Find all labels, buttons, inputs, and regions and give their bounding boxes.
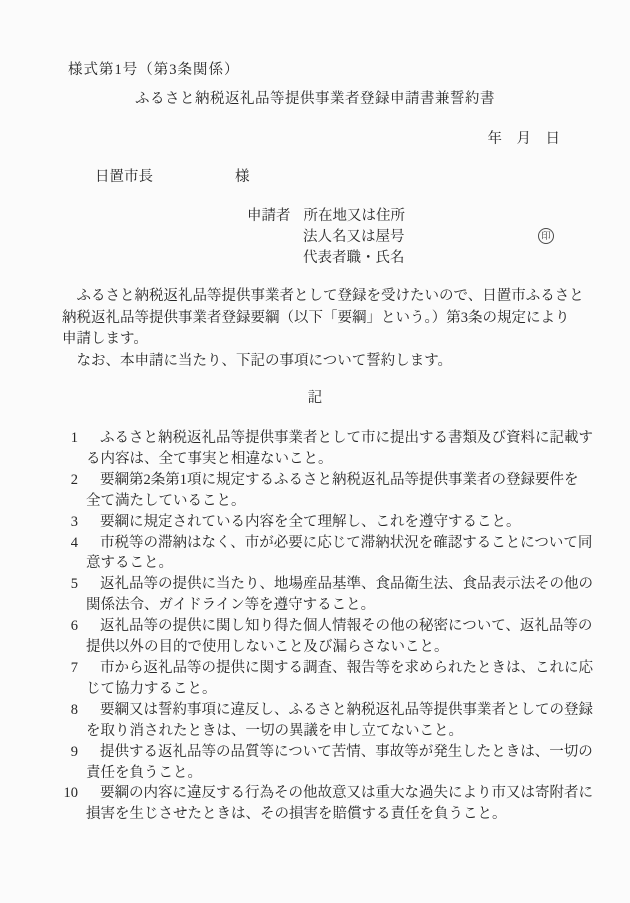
pledge-item-text-continued: 全て満たしていること。: [0, 491, 630, 512]
pledge-item: 4市税等の滞納はなく、市が必要に応じて滞納状況を確認することについて同 意するこ…: [0, 533, 630, 575]
pledge-item-text-continued: じて協力すること。: [0, 679, 630, 700]
pledge-item-text: 市税等の滞納はなく、市が必要に応じて滞納状況を確認することについて同: [100, 535, 592, 551]
pledge-item: 8要綱又は誓約事項に違反し、ふるさと納税返礼品等提供事業者としての登録 を取り消…: [0, 700, 630, 742]
body-paragraph: ふるさと納税返礼品等提供事業者として登録を受けたいので、日置市ふるさと 納税返礼…: [62, 286, 580, 372]
applicant-row-company-name: 法人名又は屋号: [247, 227, 405, 248]
document-title: ふるさと納税返礼品等提供事業者登録申請書兼誓約書: [0, 87, 630, 108]
pledge-item: 5返礼品等の提供に当たり、地場産品基準、食品衛生法、食品表示法その他の 関係法令…: [0, 574, 630, 616]
applicant-label: 申請者: [247, 208, 291, 224]
pledge-item-text-continued: を取り消されたときは、一切の異議を申し立てないこと。: [0, 721, 630, 742]
body-line: ふるさと納税返礼品等提供事業者として登録を受けたいので、日置市ふるさと: [62, 286, 580, 308]
pledge-item: 6返礼品等の提供に関し知り得た個人情報その他の秘密について、返礼品等の 提供以外…: [0, 616, 630, 658]
applicant-row-address: 申請者所在地又は住所: [247, 206, 405, 227]
pledge-item-number: 5: [62, 574, 78, 595]
body-line: なお、本申請に当たり、下記の事項について誓約します。: [62, 351, 580, 373]
pledge-item-text: 要綱又は誓約事項に違反し、ふるさと納税返礼品等提供事業者としての登録: [100, 702, 593, 718]
pledge-item-text: 提供する返礼品等の品質等について苦情、事故等が発生したときは、一切の: [100, 744, 593, 760]
pledge-item-number: 3: [62, 512, 78, 533]
form-number: 様式第1号（第3条関係）: [68, 58, 240, 79]
applicant-row-representative: 代表者職・氏名: [247, 248, 405, 269]
pledge-item-number: 4: [62, 533, 78, 554]
pledge-item-text-continued: 意すること。: [0, 553, 630, 574]
pledge-item-text-continued: 責任を負うこと。: [0, 763, 630, 784]
pledge-item-text: 要綱に規定されている内容を全て理解し、これを遵守すること。: [100, 514, 521, 530]
pledge-item: 7市から返礼品等の提供に関する調査、報告等を求められたときは、これに応 じて協力…: [0, 658, 630, 700]
pledge-list: 1ふるさと納税返礼品等提供事業者として市に提出する書類及び資料に記載す る内容は…: [0, 428, 630, 825]
pledge-item-text: 市から返礼品等の提供に関する調査、報告等を求められたときは、これに応: [100, 660, 593, 676]
pledge-item-text: ふるさと納税返礼品等提供事業者として市に提出する書類及び資料に記載す: [100, 430, 593, 446]
pledge-item-number: 1: [62, 428, 78, 449]
body-line: 申請します。: [62, 329, 580, 351]
applicant-field-company-name: 法人名又は屋号: [303, 229, 405, 245]
pledge-item-text-continued: 損害を生じさせたときは、その損害を賠償する責任を負うこと。: [0, 804, 630, 825]
pledge-item-number: 8: [62, 700, 78, 721]
addressee-row: 日置市長様: [95, 165, 250, 186]
seal-mark-icon: 印: [538, 228, 554, 244]
pledge-item-text-continued: 関係法令、ガイドライン等を遵守すること。: [0, 595, 630, 616]
ki-heading: 記: [0, 386, 630, 407]
document-page: 様式第1号（第3条関係） ふるさと納税返礼品等提供事業者登録申請書兼誓約書 年 …: [0, 0, 630, 903]
body-line: 納税返礼品等提供事業者登録要綱（以下「要綱」という。）第3条の規定により: [62, 308, 580, 330]
pledge-item-text-continued: 提供以外の目的で使用しないこと及び漏らさないこと。: [0, 637, 630, 658]
pledge-item: 9提供する返礼品等の品質等について苦情、事故等が発生したときは、一切の 責任を負…: [0, 742, 630, 784]
applicant-block: 申請者所在地又は住所 法人名又は屋号 代表者職・氏名: [247, 206, 405, 269]
pledge-item-number: 7: [62, 658, 78, 679]
pledge-item-text: 要綱第2条第1項に規定するふるさと納税返礼品等提供事業者の登録要件を: [100, 472, 579, 488]
date-line: 年 月 日: [488, 127, 561, 148]
pledge-item-text-continued: る内容は、全て事実と相違ないこと。: [0, 449, 630, 470]
applicant-field-address: 所在地又は住所: [304, 208, 406, 224]
addressee-honorific: 様: [235, 169, 250, 185]
pledge-item: 2要綱第2条第1項に規定するふるさと納税返礼品等提供事業者の登録要件を 全て満た…: [0, 470, 630, 512]
pledge-item-number: 10: [62, 783, 78, 804]
applicant-field-representative: 代表者職・氏名: [303, 250, 405, 266]
pledge-item-text: 返礼品等の提供に当たり、地場産品基準、食品衛生法、食品表示法その他の: [100, 576, 593, 592]
pledge-item: 10要綱の内容に違反する行為その他故意又は重大な過失により市又は寄附者に 損害を…: [0, 783, 630, 825]
pledge-item-text: 返礼品等の提供に関し知り得た個人情報その他の秘密について、返礼品等の: [100, 618, 592, 634]
pledge-item-number: 6: [62, 616, 78, 637]
pledge-item-number: 2: [62, 470, 78, 491]
pledge-item: 3要綱に規定されている内容を全て理解し、これを遵守すること。: [0, 512, 630, 533]
addressee: 日置市長: [95, 169, 153, 185]
pledge-item: 1ふるさと納税返礼品等提供事業者として市に提出する書類及び資料に記載す る内容は…: [0, 428, 630, 470]
pledge-item-number: 9: [62, 742, 78, 763]
pledge-item-text: 要綱の内容に違反する行為その他故意又は重大な過失により市又は寄附者に: [100, 785, 593, 801]
